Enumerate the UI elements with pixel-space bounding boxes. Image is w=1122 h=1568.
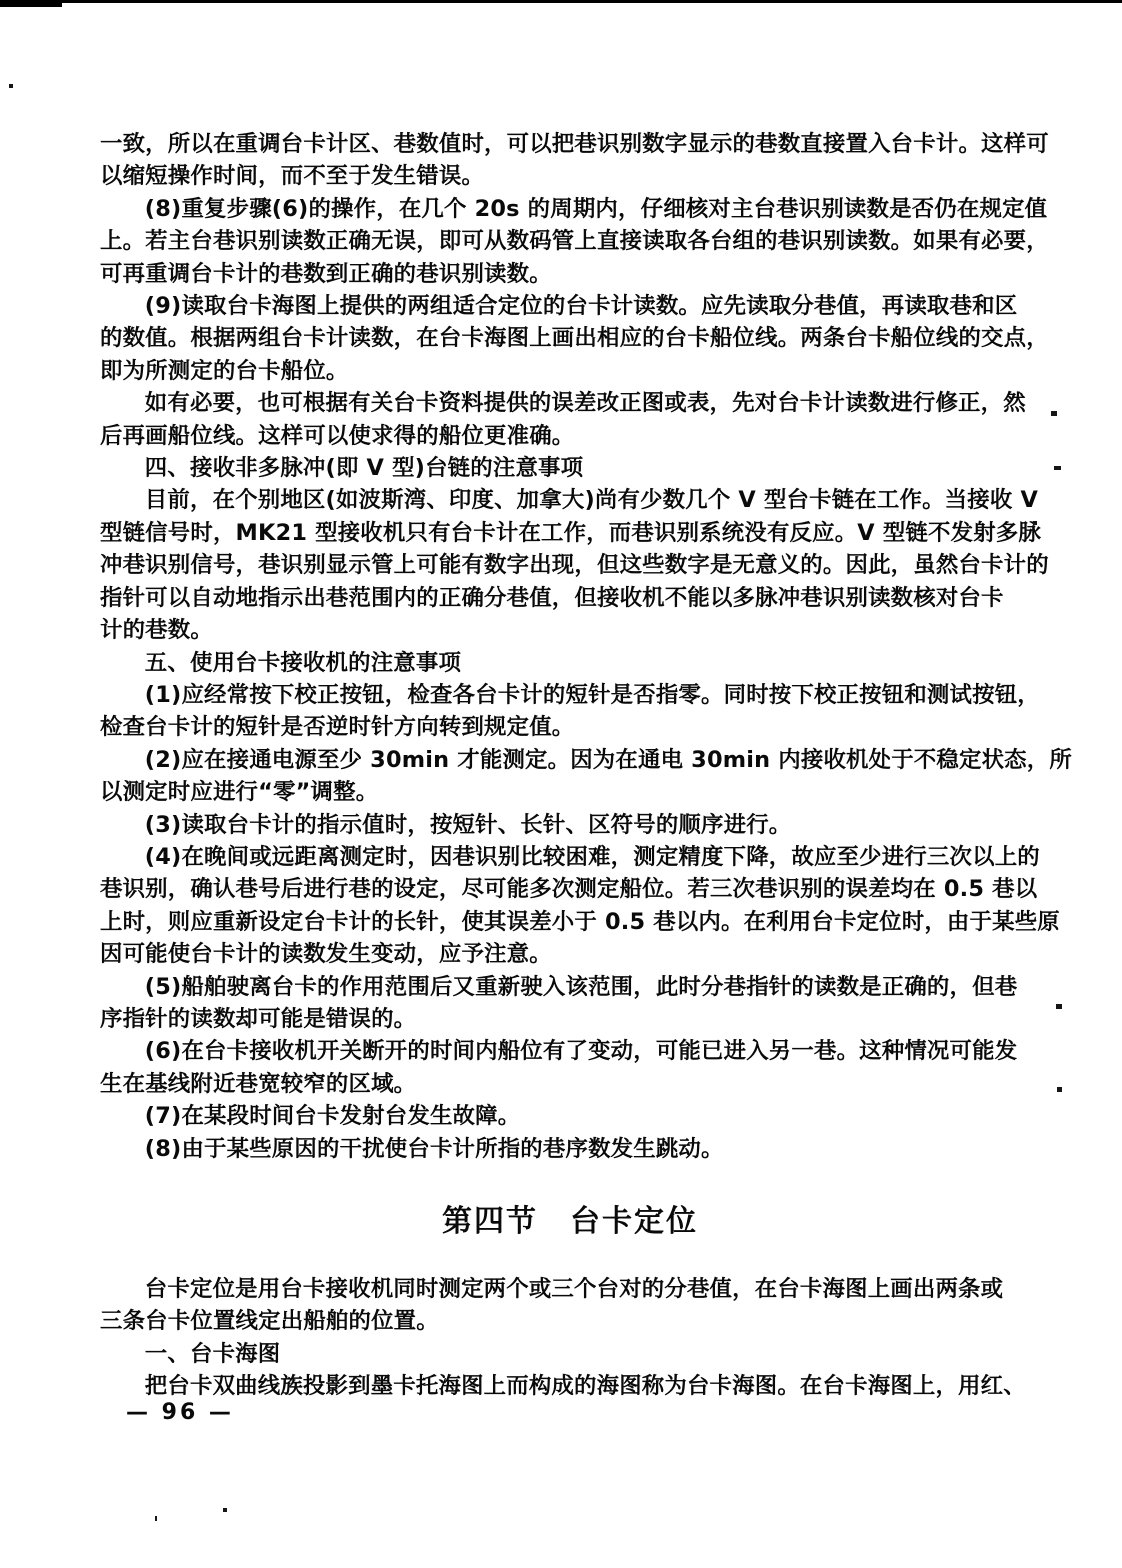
paragraph: 目前，在个别地区(如波斯湾、印度、加拿大)尚有少数几个 V 型台卡链在工作。当接…: [100, 484, 1040, 646]
paragraph: 如有必要，也可根据有关台卡资料提供的误差改正图或表，先对台卡计读数进行修正，然后…: [100, 387, 1040, 452]
scan-edge-artifact: [0, 0, 1122, 3]
scan-speck: [9, 84, 13, 88]
text-line: (3)读取台卡计的指示值时，按短针、长针、区符号的顺序进行。: [100, 809, 1040, 841]
scan-speck: [1033, 521, 1037, 525]
text-line: 巷识别，确认巷号后进行巷的设定，尽可能多次测定船位。若三次巷识别的误差均在 0.…: [100, 873, 1040, 905]
text-line: 因可能使台卡计的读数发生变动，应予注意。: [100, 938, 1040, 970]
text-line: (8)由于某些原因的干扰使台卡计所指的巷序数发生跳动。: [100, 1133, 1040, 1165]
page-number: — 96 —: [126, 1400, 234, 1425]
text-line: 的数值。根据两组台卡计读数，在台卡海图上画出相应的台卡船位线。两条台卡船位线的交…: [100, 322, 1040, 354]
paragraph: (3)读取台卡计的指示值时，按短针、长针、区符号的顺序进行。: [100, 809, 1040, 841]
text-line: 第四节 台卡定位: [100, 1200, 1040, 1244]
paragraph: (4)在晚间或远距离测定时，因巷识别比较困难，测定精度下降，故应至少进行三次以上…: [100, 841, 1040, 971]
text-line: (1)应经常按下校正按钮，检查各台卡计的短针是否指零。同时按下校正按钮和测试按钮…: [100, 679, 1040, 711]
text-line: (5)船舶驶离台卡的作用范围后又重新驶入该范围，此时分巷指针的读数是正确的，但巷: [100, 971, 1040, 1003]
text-line: (2)应在接通电源至少 30min 才能测定。因为在通电 30min 内接收机处…: [100, 744, 1040, 776]
paragraph: (1)应经常按下校正按钮，检查各台卡计的短针是否指零。同时按下校正按钮和测试按钮…: [100, 679, 1040, 744]
text-line: 上。若主台巷识别读数正确无误，即可从数码管上直接读取各台组的巷识别读数。如果有必…: [100, 225, 1040, 257]
text-line: 一致，所以在重调台卡计区、巷数值时，可以把巷识别数字显示的巷数直接置入台卡计。这…: [100, 128, 1040, 160]
text-line: 一、台卡海图: [100, 1338, 1040, 1370]
page-content: 一致，所以在重调台卡计区、巷数值时，可以把巷识别数字显示的巷数直接置入台卡计。这…: [100, 128, 1040, 1403]
subheading: 一、台卡海图: [100, 1338, 1040, 1370]
text-line: 型链信号时，MK21 型接收机只有台卡计在工作，而巷识别系统没有反应。V 型链不…: [100, 517, 1040, 549]
text-line: 序指针的读数却可能是错误的。: [100, 1003, 1040, 1035]
text-line: 指针可以自动地指示出巷范围内的正确分巷值，但接收机不能以多脉冲巷识别读数核对台卡: [100, 582, 1040, 614]
paragraph: (5)船舶驶离台卡的作用范围后又重新驶入该范围，此时分巷指针的读数是正确的，但巷…: [100, 971, 1040, 1036]
text-line: 以缩短操作时间，而不至于发生错误。: [100, 160, 1040, 192]
text-line: 检查台卡计的短针是否逆时针方向转到规定值。: [100, 711, 1040, 743]
subheading: 五、使用台卡接收机的注意事项: [100, 647, 1040, 679]
paragraph: (2)应在接通电源至少 30min 才能测定。因为在通电 30min 内接收机处…: [100, 744, 1040, 809]
text-line: 后再画船位线。这样可以使求得的船位更准确。: [100, 420, 1040, 452]
scan-speck: [223, 1508, 227, 1512]
paragraph: (8)重复步骤(6)的操作，在几个 20s 的周期内，仔细核对主台巷识别读数是否…: [100, 193, 1040, 290]
text-line: (8)重复步骤(6)的操作，在几个 20s 的周期内，仔细核对主台巷识别读数是否…: [100, 193, 1040, 225]
paragraph: (8)由于某些原因的干扰使台卡计所指的巷序数发生跳动。: [100, 1133, 1040, 1165]
section-heading: 第四节 台卡定位: [100, 1200, 1040, 1244]
scan-speck: [1051, 411, 1057, 416]
paragraph: (6)在台卡接收机开关断开的时间内船位有了变动，可能已进入另一巷。这种情况可能发…: [100, 1035, 1040, 1100]
text-line: 台卡定位是用台卡接收机同时测定两个或三个台对的分巷值，在台卡海图上画出两条或: [100, 1273, 1040, 1305]
text-line: (7)在某段时间台卡发射台发生故障。: [100, 1100, 1040, 1132]
text-line: 目前，在个别地区(如波斯湾、印度、加拿大)尚有少数几个 V 型台卡链在工作。当接…: [100, 484, 1040, 516]
scan-speck: [155, 1516, 157, 1521]
paragraph: (7)在某段时间台卡发射台发生故障。: [100, 1100, 1040, 1132]
scan-corner-mark: [0, 0, 62, 7]
text-line: 五、使用台卡接收机的注意事项: [100, 647, 1040, 679]
paragraph: 台卡定位是用台卡接收机同时测定两个或三个台对的分巷值，在台卡海图上画出两条或三条…: [100, 1273, 1040, 1338]
paragraph: (9)读取台卡海图上提供的两组适合定位的台卡计读数。应先读取分巷值，再读取巷和区…: [100, 290, 1040, 387]
paragraph: 一致，所以在重调台卡计区、巷数值时，可以把巷识别数字显示的巷数直接置入台卡计。这…: [100, 128, 1040, 193]
text-line: 把台卡双曲线族投影到墨卡托海图上而构成的海图称为台卡海图。在台卡海图上，用红、: [100, 1370, 1040, 1402]
text-line: 生在基线附近巷宽较窄的区域。: [100, 1068, 1040, 1100]
text-line: 可再重调台卡计的巷数到正确的巷识别读数。: [100, 258, 1040, 290]
scan-speck: [1057, 1087, 1062, 1092]
scan-speck: [1054, 466, 1061, 470]
scanned-book-page: 一致，所以在重调台卡计区、巷数值时，可以把巷识别数字显示的巷数直接置入台卡计。这…: [0, 0, 1122, 1568]
text-line: 如有必要，也可根据有关台卡资料提供的误差改正图或表，先对台卡计读数进行修正，然: [100, 387, 1040, 419]
scan-speck: [1056, 1004, 1062, 1009]
paragraph: 把台卡双曲线族投影到墨卡托海图上而构成的海图称为台卡海图。在台卡海图上，用红、: [100, 1370, 1040, 1402]
text-line: 上时，则应重新设定台卡计的长针，使其误差小于 0.5 巷以内。在利用台卡定位时，…: [100, 906, 1040, 938]
subheading: 四、接收非多脉冲(即 V 型)台链的注意事项: [100, 452, 1040, 484]
text-line: (6)在台卡接收机开关断开的时间内船位有了变动，可能已进入另一巷。这种情况可能发: [100, 1035, 1040, 1067]
text-line: 冲巷识别信号，巷识别显示管上可能有数字出现，但这些数字是无意义的。因此，虽然台卡…: [100, 549, 1040, 581]
text-line: 计的巷数。: [100, 614, 1040, 646]
text-line: (4)在晚间或远距离测定时，因巷识别比较困难，测定精度下降，故应至少进行三次以上…: [100, 841, 1040, 873]
text-line: 四、接收非多脉冲(即 V 型)台链的注意事项: [100, 452, 1040, 484]
text-line: 三条台卡位置线定出船舶的位置。: [100, 1305, 1040, 1337]
text-line: 以测定时应进行“零”调整。: [100, 776, 1040, 808]
text-line: 即为所测定的台卡船位。: [100, 355, 1040, 387]
text-line: (9)读取台卡海图上提供的两组适合定位的台卡计读数。应先读取分巷值，再读取巷和区: [100, 290, 1040, 322]
